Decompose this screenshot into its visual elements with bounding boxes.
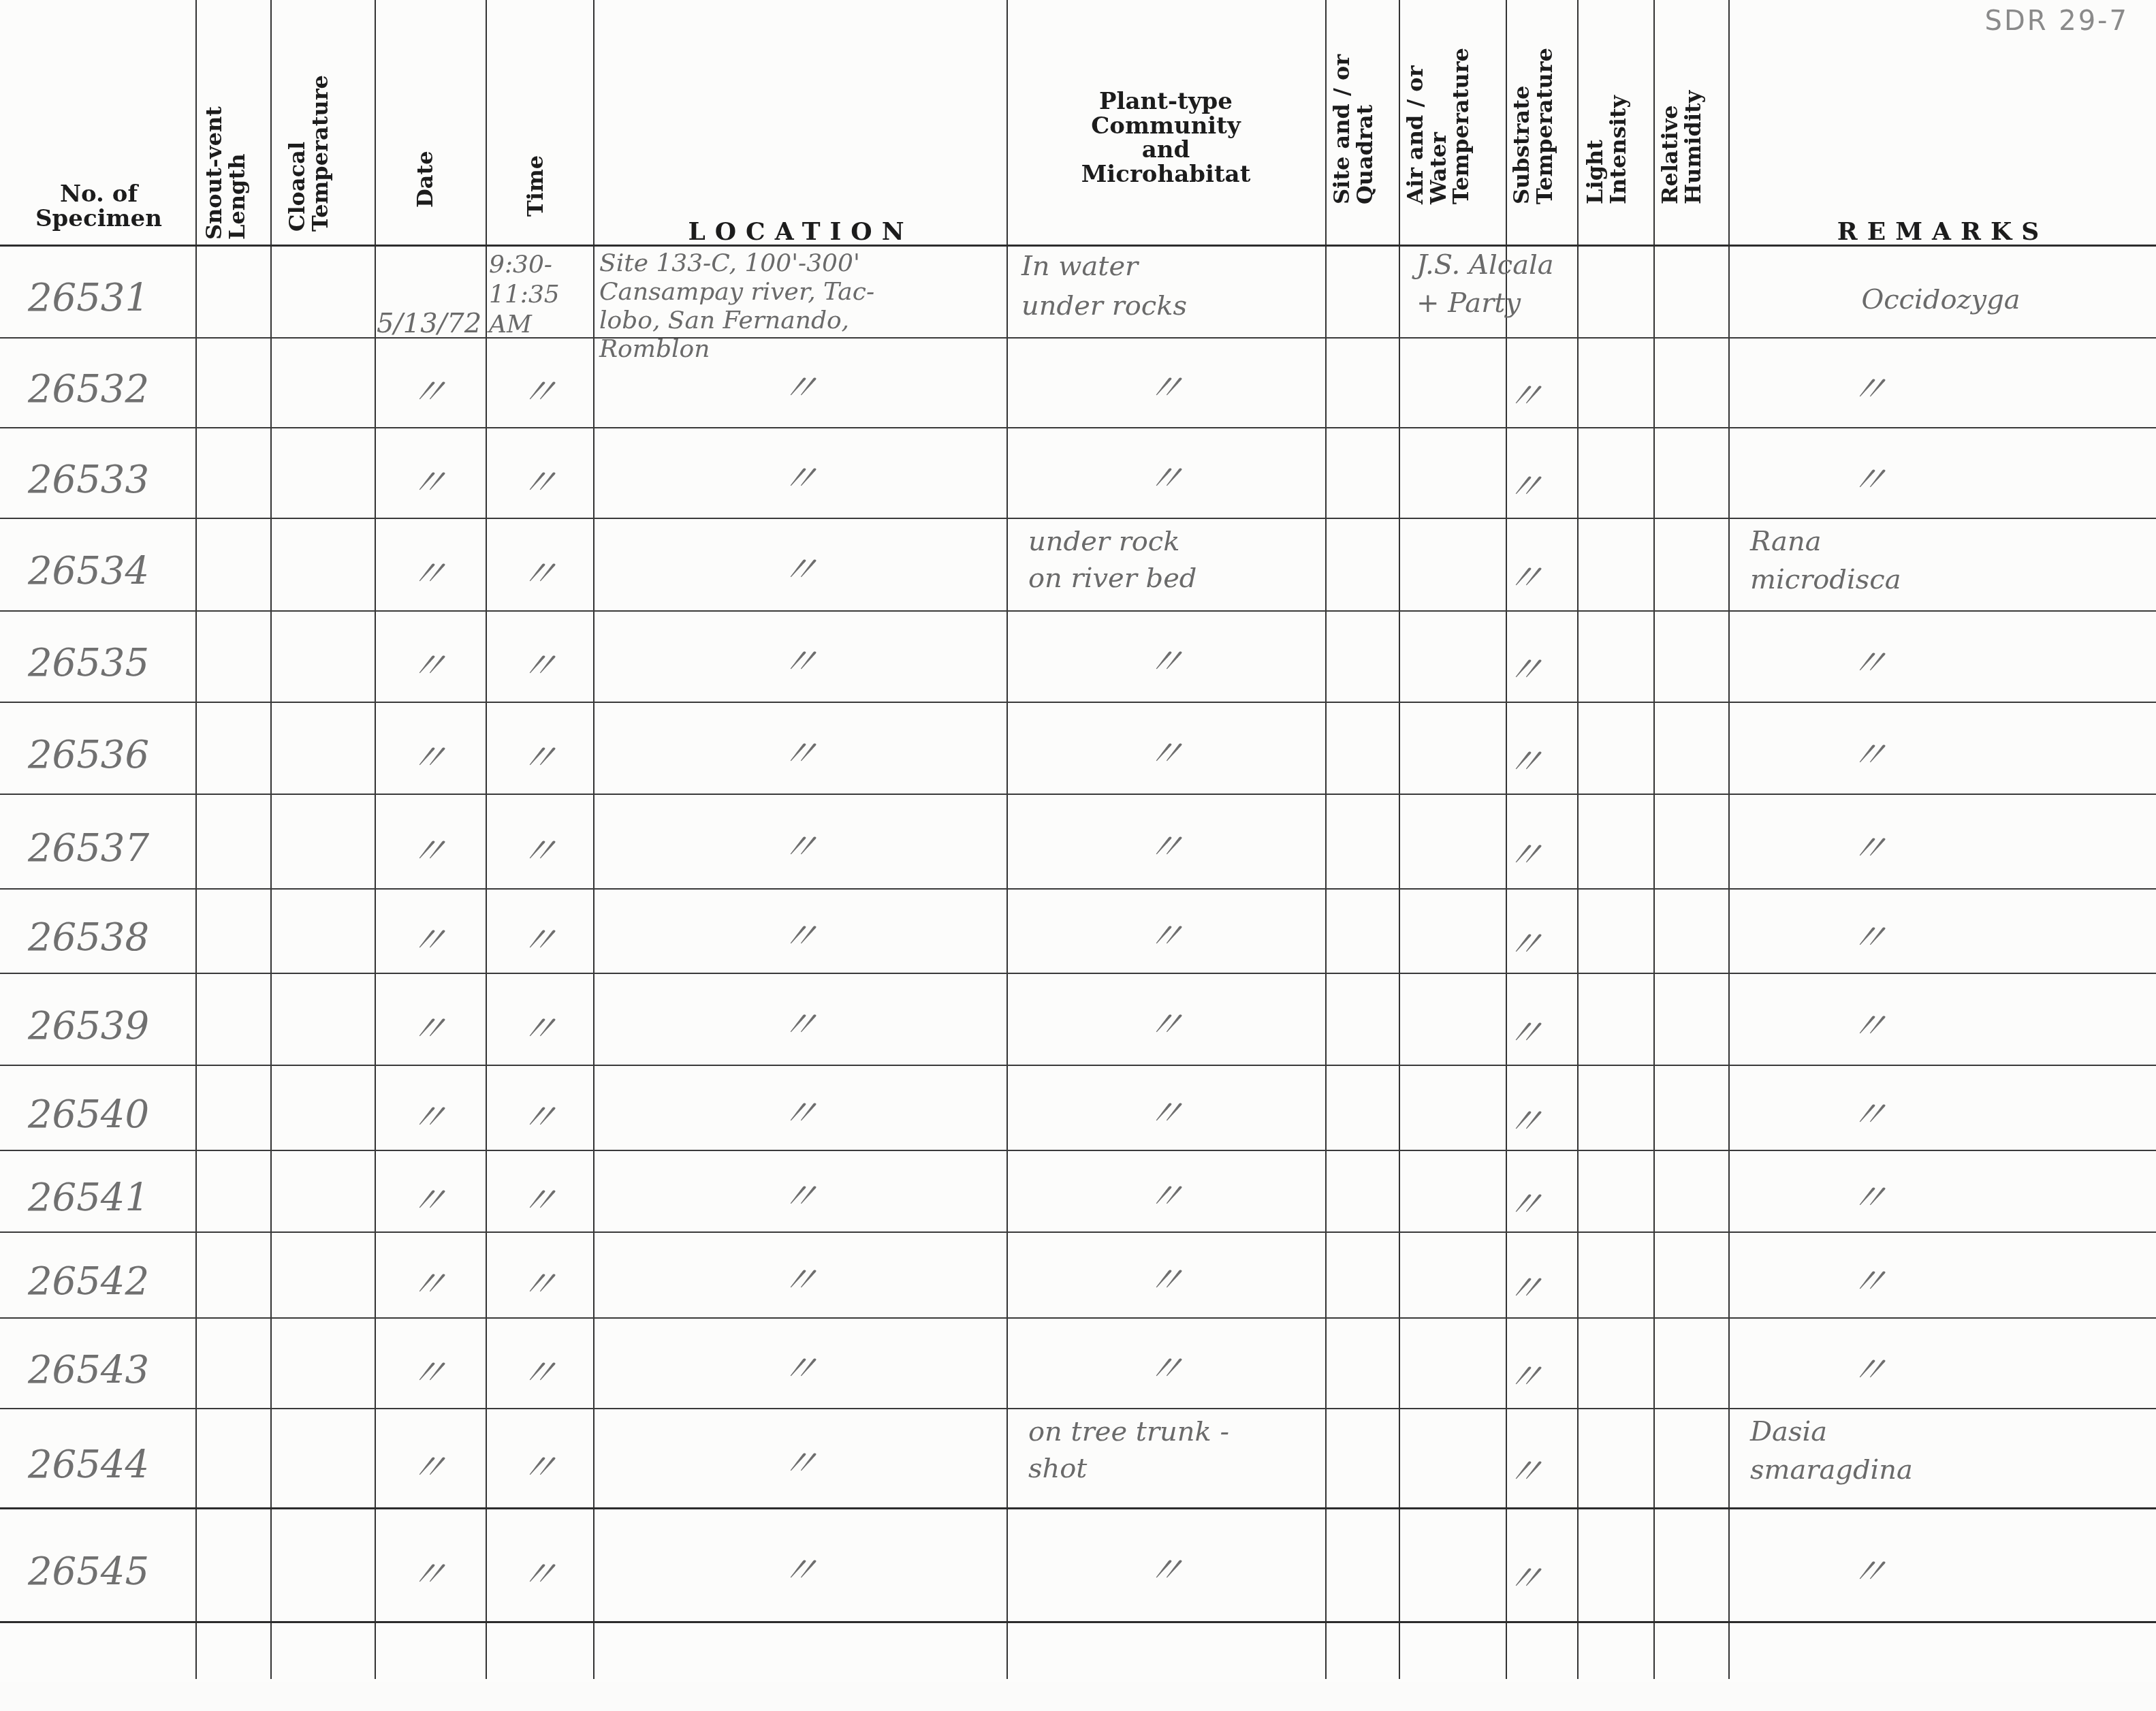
row-rule <box>0 245 2156 247</box>
collector-entry: 〃 <box>1502 826 1549 878</box>
header-cloacal-temperature: Cloacal Temperature <box>286 75 332 232</box>
microhabitat-entry: 〃 <box>1142 1167 1190 1220</box>
header-time: Time <box>524 155 548 217</box>
remarks-entry: 〃 <box>1845 996 1893 1049</box>
row-rule <box>0 973 2156 974</box>
time-entry: 〃 <box>516 1088 563 1140</box>
location-entry: 〃 <box>776 541 824 593</box>
row-rule <box>0 1507 2156 1509</box>
specimen-number: 26531 <box>28 276 149 320</box>
collector-entry: 〃 <box>1502 549 1549 601</box>
date-entry: 〃 <box>405 911 453 964</box>
row-rule <box>0 794 2156 795</box>
column-rule <box>486 0 487 1679</box>
header-substrate-temperature: Substrate Temperature <box>1510 48 1556 204</box>
row-rule <box>0 518 2156 519</box>
column-rule <box>375 0 376 1679</box>
header-plant-type: Plant-type Community and Microhabitat <box>1008 90 1324 187</box>
location-entry: 〃 <box>776 1084 824 1136</box>
field-data-sheet: SDR 29-7 No. of Specimen Snout-vent Leng… <box>0 0 2156 1682</box>
time-entry: 11:35 <box>489 282 560 308</box>
date-entry: 〃 <box>405 999 453 1052</box>
location-entry: Cansampay river, Tac- <box>599 279 874 305</box>
row-rule <box>0 1317 2156 1319</box>
time-entry: 〃 <box>516 911 563 964</box>
column-rule <box>1325 0 1327 1679</box>
location-entry: 〃 <box>776 633 824 685</box>
column-rule <box>593 0 595 1679</box>
location-entry: 〃 <box>776 1251 824 1304</box>
remarks-entry: 〃 <box>1845 1542 1893 1595</box>
time-entry: 〃 <box>516 1343 563 1396</box>
sheet-id: SDR 29-7 <box>1985 5 2129 37</box>
microhabitat-entry: 〃 <box>1142 907 1190 960</box>
specimen-number: 26544 <box>28 1443 149 1487</box>
collector-entry: 〃 <box>1502 1443 1549 1495</box>
collector-entry: 〃 <box>1502 1092 1549 1144</box>
specimen-number: 26537 <box>28 826 149 870</box>
time-entry: AM <box>489 312 532 338</box>
date-entry: 5/13/72 <box>377 309 481 338</box>
time-entry: 〃 <box>516 1439 563 1491</box>
column-rule <box>1728 0 1730 1679</box>
header-date: Date <box>414 151 437 208</box>
location-entry: 〃 <box>776 449 824 501</box>
specimen-number: 26539 <box>28 1003 149 1048</box>
time-entry: 〃 <box>516 999 563 1052</box>
date-entry: 〃 <box>405 453 453 505</box>
time-entry: 〃 <box>516 545 563 597</box>
remarks-entry: Rana <box>1750 527 1822 556</box>
location-entry: 〃 <box>776 724 824 776</box>
remarks-entry: 〃 <box>1845 1085 1893 1137</box>
specimen-number: 26533 <box>28 457 149 501</box>
collector-entry: 〃 <box>1502 1549 1549 1601</box>
collector-entry: 〃 <box>1502 641 1549 693</box>
time-entry: 〃 <box>516 637 563 689</box>
remarks-entry: 〃 <box>1845 725 1893 778</box>
microhabitat-entry: on tree trunk - <box>1028 1417 1229 1446</box>
time-entry: 〃 <box>516 363 563 415</box>
specimen-number: 26538 <box>28 915 149 960</box>
specimen-number: 26534 <box>28 549 149 593</box>
microhabitat-entry: In water <box>1021 252 1138 281</box>
header-relative-humidity: Relative Humidity <box>1659 91 1705 204</box>
row-rule <box>0 1408 2156 1409</box>
row-rule <box>0 702 2156 703</box>
remarks-entry: 〃 <box>1845 360 1893 413</box>
microhabitat-entry: on river bed <box>1028 564 1196 593</box>
date-entry: 〃 <box>405 1255 453 1308</box>
date-entry: 〃 <box>405 1343 453 1396</box>
location-entry: lobo, San Fernando, <box>599 308 849 334</box>
remarks-entry: 〃 <box>1845 1253 1893 1305</box>
date-entry: 〃 <box>405 1088 453 1140</box>
column-rule <box>1006 0 1008 1679</box>
date-entry: 〃 <box>405 1172 453 1224</box>
column-rule <box>195 0 197 1679</box>
header-remarks: REMARKS <box>1730 219 2156 245</box>
column-rule <box>1653 0 1655 1679</box>
remarks-entry: 〃 <box>1845 450 1893 503</box>
specimen-number: 26541 <box>28 1176 149 1220</box>
row-rule <box>0 1065 2156 1066</box>
specimen-number: 26540 <box>28 1092 149 1136</box>
microhabitat-entry: 〃 <box>1142 449 1190 501</box>
row-rule <box>0 337 2156 339</box>
location-entry: 〃 <box>776 1339 824 1392</box>
remarks-entry: microdisca <box>1750 565 1901 594</box>
remarks-entry: 〃 <box>1845 819 1893 871</box>
row-rule <box>0 1150 2156 1151</box>
column-rule <box>1577 0 1579 1679</box>
location-entry: Romblon <box>599 336 710 362</box>
specimen-number: 26543 <box>28 1347 149 1392</box>
microhabitat-entry: 〃 <box>1142 995 1190 1048</box>
time-entry: 〃 <box>516 1255 563 1308</box>
microhabitat-entry: 〃 <box>1142 1541 1190 1593</box>
date-entry: 〃 <box>405 821 453 874</box>
collector-entry: 〃 <box>1502 1176 1549 1228</box>
specimen-number: 26545 <box>28 1549 149 1593</box>
collector-entry: 〃 <box>1502 1347 1549 1400</box>
remarks-entry: smaragdina <box>1750 1456 1913 1484</box>
time-entry: 〃 <box>516 1545 563 1597</box>
header-snout-vent: Snout-vent Length <box>203 106 249 240</box>
microhabitat-entry: 〃 <box>1142 359 1190 411</box>
specimen-number: 26535 <box>28 641 149 685</box>
header-light-intensity: Light Intensity <box>1584 95 1630 204</box>
time-entry: 9:30- <box>489 252 552 278</box>
microhabitat-entry: 〃 <box>1142 633 1190 685</box>
header-location: LOCATION <box>594 219 1008 245</box>
row-rule <box>0 1231 2156 1233</box>
collector-entry: 〃 <box>1502 1259 1549 1312</box>
specimen-number: 26536 <box>28 732 149 776</box>
collector-entry: 〃 <box>1502 1003 1549 1056</box>
date-entry: 〃 <box>405 728 453 781</box>
microhabitat-entry: 〃 <box>1142 1251 1190 1304</box>
remarks-entry: 〃 <box>1845 909 1893 961</box>
column-rule <box>1399 0 1400 1679</box>
location-entry: 〃 <box>776 1167 824 1220</box>
date-entry: 〃 <box>405 1545 453 1597</box>
remarks-entry: 〃 <box>1845 1340 1893 1393</box>
remarks-entry: Dasia <box>1750 1417 1827 1446</box>
column-rule <box>270 0 272 1679</box>
row-rule <box>0 1621 2156 1623</box>
location-entry: 〃 <box>776 817 824 870</box>
microhabitat-entry: 〃 <box>1142 724 1190 776</box>
header-air-water-temperature: Air and / or Water Temperature <box>1404 48 1473 204</box>
location-entry: 〃 <box>776 1434 824 1487</box>
row-rule <box>0 427 2156 428</box>
date-entry: 〃 <box>405 1439 453 1491</box>
header-site-quadrat: Site and / or Quadrat <box>1331 54 1376 204</box>
location-entry: Site 133-C, 100'-300' <box>599 251 860 277</box>
collector-entry: 〃 <box>1502 457 1549 509</box>
location-entry: 〃 <box>776 907 824 960</box>
location-entry: 〃 <box>776 995 824 1048</box>
location-entry: 〃 <box>776 359 824 411</box>
date-entry: 〃 <box>405 545 453 597</box>
time-entry: 〃 <box>516 821 563 874</box>
microhabitat-entry: under rock <box>1028 527 1179 556</box>
row-rule <box>0 610 2156 612</box>
collector-entry: 〃 <box>1502 367 1549 420</box>
date-entry: 〃 <box>405 363 453 415</box>
collector-entry: 〃 <box>1502 915 1549 968</box>
specimen-number: 26532 <box>28 367 149 411</box>
collector-entry: + Party <box>1416 289 1521 317</box>
microhabitat-entry: under rocks <box>1021 292 1187 320</box>
row-rule <box>0 888 2156 890</box>
date-entry: 〃 <box>405 637 453 689</box>
time-entry: 〃 <box>516 453 563 505</box>
header-specimen-no: No. of Specimen <box>14 183 184 231</box>
microhabitat-entry: 〃 <box>1142 1339 1190 1392</box>
microhabitat-entry: shot <box>1028 1454 1087 1483</box>
time-entry: 〃 <box>516 728 563 781</box>
specimen-number: 26542 <box>28 1259 149 1304</box>
location-entry: 〃 <box>776 1541 824 1593</box>
collector-entry: 〃 <box>1502 732 1549 785</box>
microhabitat-entry: 〃 <box>1142 817 1190 870</box>
remarks-entry: 〃 <box>1845 634 1893 687</box>
remarks-entry: 〃 <box>1845 1169 1893 1221</box>
remarks-entry: Occidozyga <box>1861 285 2020 314</box>
collector-entry: J.S. Alcala <box>1416 251 1554 279</box>
microhabitat-entry: 〃 <box>1142 1084 1190 1136</box>
time-entry: 〃 <box>516 1172 563 1224</box>
